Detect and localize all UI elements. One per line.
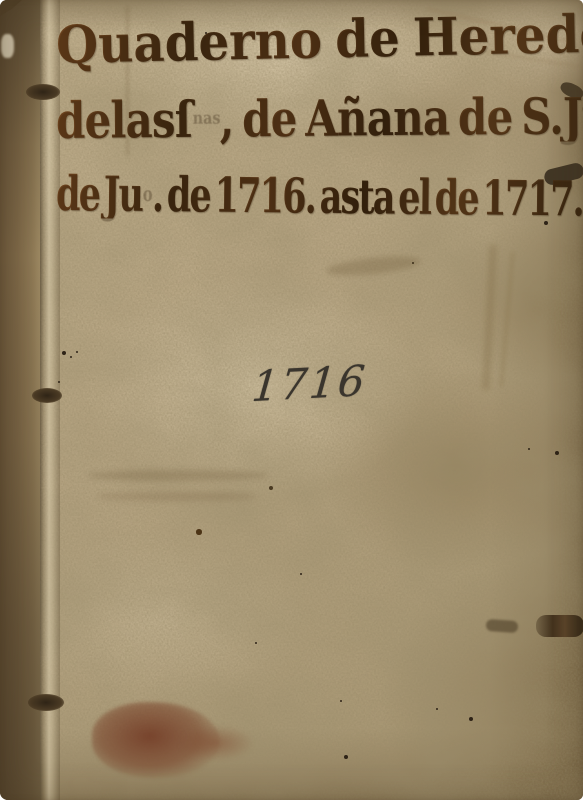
spine-stitch (28, 694, 64, 711)
title-line3-text: de Ju (56, 166, 143, 223)
title-line2-text: delasſ (56, 90, 192, 150)
stain (180, 726, 252, 760)
leather-tie-remnant (536, 615, 583, 637)
edge-chip (1, 34, 14, 58)
spine-stitch (32, 388, 62, 403)
title-line1-text: Quaderno de Hereder (55, 3, 583, 76)
manuscript-cover-photo: Quaderno de Hereders, delasſnas, de Añan… (0, 0, 583, 800)
title-line-3: de Juo. de 1716. asta el de 1717. (56, 170, 583, 224)
title-line2-superscript: nas (192, 108, 220, 128)
title-line-1: Quaderno de Hereders, (55, 7, 583, 72)
ink-specks (0, 0, 2, 2)
title-line3-text: 1717. (482, 170, 583, 227)
title-line3-superscript: o (142, 181, 152, 205)
year-inscription: 1716 (250, 356, 369, 411)
leather-tie-remnant (486, 619, 519, 633)
title-line3-text: . de 1716. asta el de (152, 167, 483, 226)
title-line2-text: , de Añana de S.Ju (219, 86, 583, 148)
title-line-2: delasſnas, de Añana de S.Juo (56, 91, 583, 146)
